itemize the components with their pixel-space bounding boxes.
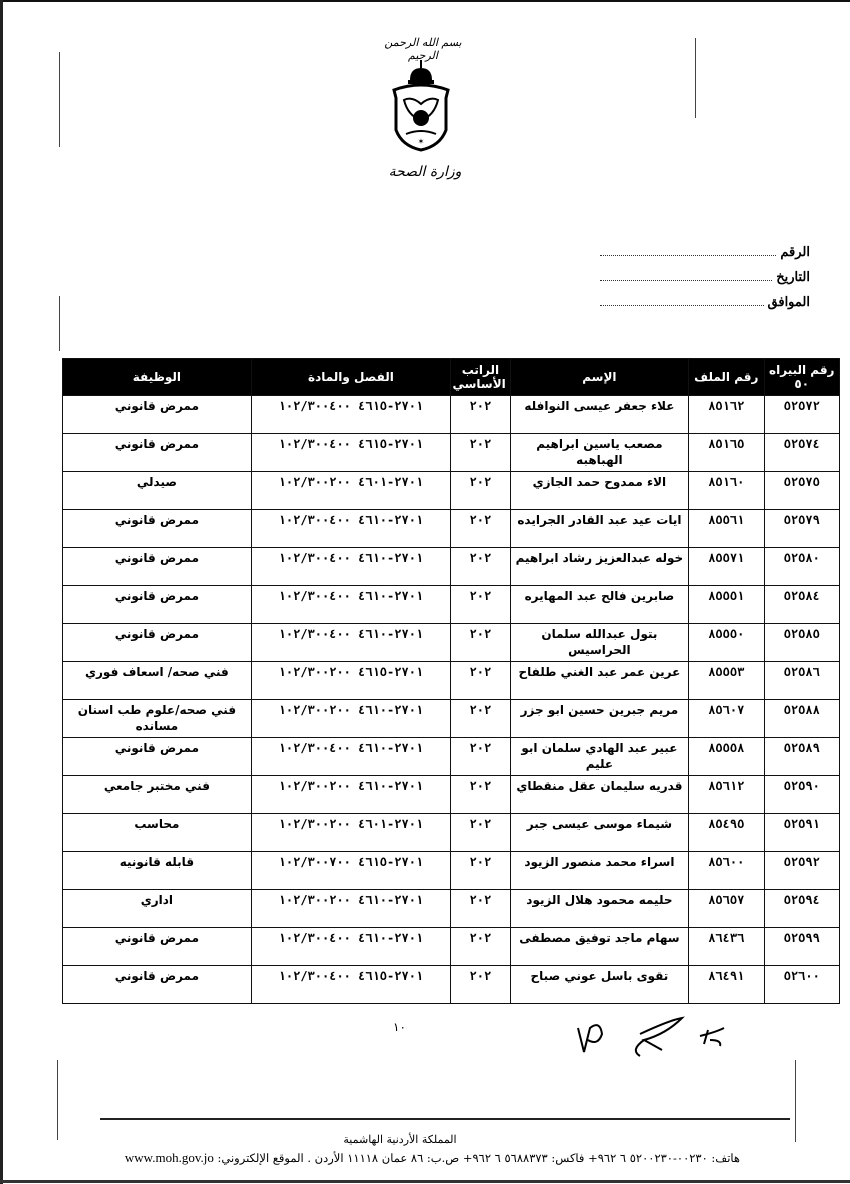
cell-file: ٨٥٥٥٠ (689, 624, 764, 662)
header-file: رقم الملف (689, 359, 764, 396)
header-chapter-item: الفصل والمادة (251, 359, 450, 396)
footer-contact: هاتف: ٠٠٢٣٠-٥٢٠٠٢٣٠ ٦ ٩٦٢+ فاكس: ٥٦٨٨٣٧٣… (140, 1150, 740, 1166)
cell-job: قابله قانونيه (63, 852, 252, 890)
cell-job: فني صحه/ اسعاف فوري (63, 662, 252, 700)
cell-job: فني مختبر جامعي (63, 776, 252, 814)
cell-name: خوله عبدالعزيز رشاد ابراهيم (510, 548, 688, 586)
cell-serial: ٥٢٥٨٩ (764, 738, 839, 776)
cell-file: ٨٥٦٠٠ (689, 852, 764, 890)
margin-line (795, 1060, 796, 1142)
staff-table: رقم البيراه ٥٠ رقم الملف الإسم الراتب ال… (62, 358, 840, 1004)
cell-serial: ٥٢٥٧٢ (764, 396, 839, 434)
cell-file: ٨٥٦١٢ (689, 776, 764, 814)
table-row: ٥٢٥٧٥٨٥١٦٠الاء ممدوح حمد الجازي٢٠٢٢٧٠١-٤… (63, 472, 840, 510)
cell-salary: ٢٠٢ (451, 662, 511, 700)
cell-name: سهام ماجد توفيق مصطفى (510, 928, 688, 966)
cell-salary: ٢٠٢ (451, 510, 511, 548)
table-row: ٥٢٥٧٩٨٥٥٦١ايات عيد عبد القادر الجرايده٢٠… (63, 510, 840, 548)
cell-job: ممرض قانوني (63, 548, 252, 586)
cell-serial: ٥٢٥٨٠ (764, 548, 839, 586)
table-row: ٥٢٥٨٩٨٥٥٥٨عبير عبد الهادي سلمان ابو عليم… (63, 738, 840, 776)
coat-of-arms-icon: ✶ (390, 58, 452, 158)
footer-website-link[interactable]: www.moh.gov.jo (125, 1150, 214, 1165)
cell-serial: ٥٢٥٩١ (764, 814, 839, 852)
reference-corresponding-label: الموافق (768, 294, 810, 310)
cell-chapter-item: ٢٧٠١-٤٦١٥ ١٠٢/٣٠٠٧٠٠ (251, 852, 450, 890)
table-row: ٥٢٥٧٤٨٥١٦٥مصعب ياسين ابراهيم الهباهبه٢٠٢… (63, 434, 840, 472)
cell-file: ٨٥٦٥٧ (689, 890, 764, 928)
cell-job: ممرض قانوني (63, 586, 252, 624)
cell-serial: ٥٢٥٩٢ (764, 852, 839, 890)
cell-file: ٨٥٥٧١ (689, 548, 764, 586)
table-row: ٥٢٦٠٠٨٦٤٩١تقوى باسل عوني صباح٢٠٢٢٧٠١-٤٦١… (63, 966, 840, 1004)
cell-file: ٨٥٥٥٨ (689, 738, 764, 776)
cell-salary: ٢٠٢ (451, 624, 511, 662)
cell-salary: ٢٠٢ (451, 890, 511, 928)
cell-serial: ٥٢٦٠٠ (764, 966, 839, 1004)
cell-salary: ٢٠٢ (451, 396, 511, 434)
table-row: ٥٢٥٩٠٨٥٦١٢قدريه سليمان عقل منقطاي٢٠٢٢٧٠١… (63, 776, 840, 814)
cell-name: عبير عبد الهادي سلمان ابو عليم (510, 738, 688, 776)
cell-chapter-item: ٢٧٠١-٤٦١٥ ١٠٢/٣٠٠٢٠٠ (251, 662, 450, 700)
cell-chapter-item: ٢٧٠١-٤٦١٠ ١٠٢/٣٠٠٢٠٠ (251, 700, 450, 738)
cell-job: فني صحه/علوم طب اسنان مسانده (63, 700, 252, 738)
cell-salary: ٢٠٢ (451, 738, 511, 776)
cell-serial: ٥٢٥٨٥ (764, 624, 839, 662)
cell-name: اسراء محمد منصور الزيود (510, 852, 688, 890)
cell-serial: ٥٢٥٧٤ (764, 434, 839, 472)
margin-line (57, 1060, 58, 1140)
scan-border-bottom (0, 1180, 850, 1183)
cell-name: الاء ممدوح حمد الجازي (510, 472, 688, 510)
cell-file: ٨٥١٦٠ (689, 472, 764, 510)
cell-salary: ٢٠٢ (451, 586, 511, 624)
margin-line (59, 52, 60, 147)
cell-chapter-item: ٢٧٠١-٤٦١٠ ١٠٢/٣٠٠٤٠٠ (251, 548, 450, 586)
reference-number-field: الرقم (600, 244, 810, 269)
cell-chapter-item: ٢٧٠١-٤٦١٠ ١٠٢/٣٠٠٤٠٠ (251, 510, 450, 548)
cell-chapter-item: ٢٧٠١-٤٦١٠ ١٠٢/٣٠٠٤٠٠ (251, 738, 450, 776)
cell-file: ٨٥٦٠٧ (689, 700, 764, 738)
reference-corresponding-field: الموافق (600, 294, 810, 319)
footer-contact-text: هاتف: ٠٠٢٣٠-٥٢٠٠٢٣٠ ٦ ٩٦٢+ فاكس: ٥٦٨٨٣٧٣… (218, 1151, 740, 1165)
cell-serial: ٥٢٥٧٩ (764, 510, 839, 548)
cell-salary: ٢٠٢ (451, 928, 511, 966)
cell-chapter-item: ٢٧٠١-٤٦١٠ ١٠٢/٣٠٠٢٠٠ (251, 776, 450, 814)
cell-name: مريم جبرين حسين ابو جزر (510, 700, 688, 738)
dotted-line (600, 295, 764, 306)
header-name: الإسم (510, 359, 688, 396)
cell-job: ممرض قانوني (63, 928, 252, 966)
cell-salary: ٢٠٢ (451, 814, 511, 852)
signatures-icon (570, 1010, 740, 1060)
cell-job: ممرض قانوني (63, 396, 252, 434)
cell-serial: ٥٢٥٨٤ (764, 586, 839, 624)
cell-chapter-item: ٢٧٠١-٤٦٠١ ١٠٢/٣٠٠٢٠٠ (251, 814, 450, 852)
cell-chapter-item: ٢٧٠١-٤٦١٠ ١٠٢/٣٠٠٤٠٠ (251, 928, 450, 966)
cell-name: علاء جعفر عيسى النوافله (510, 396, 688, 434)
cell-serial: ٥٢٥٧٥ (764, 472, 839, 510)
cell-job: ممرض قانوني (63, 966, 252, 1004)
table-row: ٥٢٥٩٤٨٥٦٥٧حليمه محمود هلال الزيود٢٠٢٢٧٠١… (63, 890, 840, 928)
cell-name: حليمه محمود هلال الزيود (510, 890, 688, 928)
scan-border-left (0, 0, 3, 1184)
cell-name: صابرين فالح عبد المهايره (510, 586, 688, 624)
dotted-line (600, 270, 772, 281)
cell-salary: ٢٠٢ (451, 852, 511, 890)
table-row: ٥٢٥٨٦٨٥٥٥٣عرين عمر عبد الغني طلفاح٢٠٢٢٧٠… (63, 662, 840, 700)
table-row: ٥٢٥٩٢٨٥٦٠٠اسراء محمد منصور الزيود٢٠٢٢٧٠١… (63, 852, 840, 890)
reference-date-field: التاريخ (600, 269, 810, 294)
cell-job: محاسب (63, 814, 252, 852)
cell-chapter-item: ٢٧٠١-٤٦١٠ ١٠٢/٣٠٠٤٠٠ (251, 624, 450, 662)
svg-text:✶: ✶ (418, 137, 425, 146)
cell-serial: ٥٢٥٨٦ (764, 662, 839, 700)
cell-serial: ٥٢٥٨٨ (764, 700, 839, 738)
scan-border-top (0, 0, 850, 2)
header-serial: رقم البيراه ٥٠ (764, 359, 839, 396)
cell-file: ٨٦٤٩١ (689, 966, 764, 1004)
cell-salary: ٢٠٢ (451, 700, 511, 738)
cell-job: ممرض قانوني (63, 624, 252, 662)
cell-name: شيماء موسى عيسى جبر (510, 814, 688, 852)
cell-chapter-item: ٢٧٠١-٤٦١٥ ١٠٢/٣٠٠٤٠٠ (251, 966, 450, 1004)
cell-job: ممرض قانوني (63, 434, 252, 472)
table-header-row: رقم البيراه ٥٠ رقم الملف الإسم الراتب ال… (63, 359, 840, 396)
cell-name: تقوى باسل عوني صباح (510, 966, 688, 1004)
page-number: ١٠ (393, 1020, 406, 1034)
table-row: ٥٢٥٧٢٨٥١٦٢علاء جعفر عيسى النوافله٢٠٢٢٧٠١… (63, 396, 840, 434)
cell-salary: ٢٠٢ (451, 548, 511, 586)
cell-serial: ٥٢٥٩٩ (764, 928, 839, 966)
cell-chapter-item: ٢٧٠١-٤٦١٠ ١٠٢/٣٠٠٢٠٠ (251, 890, 450, 928)
cell-salary: ٢٠٢ (451, 434, 511, 472)
cell-serial: ٥٢٥٩٠ (764, 776, 839, 814)
reference-number-label: الرقم (780, 244, 810, 260)
cell-name: مصعب ياسين ابراهيم الهباهبه (510, 434, 688, 472)
table-row: ٥٢٥٩١٨٥٤٩٥شيماء موسى عيسى جبر٢٠٢٢٧٠١-٤٦٠… (63, 814, 840, 852)
margin-line (59, 296, 60, 351)
cell-file: ٨٥٥٥٣ (689, 662, 764, 700)
ministry-name: وزارة الصحة (370, 164, 480, 180)
table-row: ٥٢٥٨٤٨٥٥٥١صابرين فالح عبد المهايره٢٠٢٢٧٠… (63, 586, 840, 624)
cell-file: ٨٥٤٩٥ (689, 814, 764, 852)
header-salary: الراتب الأساسي (451, 359, 511, 396)
cell-chapter-item: ٢٧٠١-٤٦٠١ ١٠٢/٣٠٠٢٠٠ (251, 472, 450, 510)
cell-name: بتول عبدالله سلمان الحراسيس (510, 624, 688, 662)
margin-line (695, 38, 696, 118)
cell-name: ايات عيد عبد القادر الجرايده (510, 510, 688, 548)
cell-chapter-item: ٢٧٠١-٤٦١٥ ١٠٢/٣٠٠٤٠٠ (251, 434, 450, 472)
cell-file: ٨٥١٦٥ (689, 434, 764, 472)
cell-file: ٨٦٤٣٦ (689, 928, 764, 966)
cell-serial: ٥٢٥٩٤ (764, 890, 839, 928)
reference-date-label: التاريخ (776, 269, 810, 285)
cell-salary: ٢٠٢ (451, 966, 511, 1004)
dotted-line (600, 245, 776, 256)
footer-divider (100, 1118, 790, 1120)
table-row: ٥٢٥٨٨٨٥٦٠٧مريم جبرين حسين ابو جزر٢٠٢٢٧٠١… (63, 700, 840, 738)
cell-job: اداري (63, 890, 252, 928)
cell-chapter-item: ٢٧٠١-٤٦١٥ ١٠٢/٣٠٠٤٠٠ (251, 396, 450, 434)
table-row: ٥٢٥٩٩٨٦٤٣٦سهام ماجد توفيق مصطفى٢٠٢٢٧٠١-٤… (63, 928, 840, 966)
cell-job: صيدلي (63, 472, 252, 510)
cell-file: ٨٥١٦٢ (689, 396, 764, 434)
footer-kingdom: المملكة الأردنية الهاشمية (300, 1133, 500, 1146)
cell-salary: ٢٠٢ (451, 472, 511, 510)
cell-name: عرين عمر عبد الغني طلفاح (510, 662, 688, 700)
header-job: الوظيفة (63, 359, 252, 396)
cell-chapter-item: ٢٧٠١-٤٦١٠ ١٠٢/٣٠٠٤٠٠ (251, 586, 450, 624)
table-row: ٥٢٥٨٥٨٥٥٥٠بتول عبدالله سلمان الحراسيس٢٠٢… (63, 624, 840, 662)
cell-job: ممرض قانوني (63, 738, 252, 776)
cell-file: ٨٥٥٥١ (689, 586, 764, 624)
table-row: ٥٢٥٨٠٨٥٥٧١خوله عبدالعزيز رشاد ابراهيم٢٠٢… (63, 548, 840, 586)
reference-fields: الرقم التاريخ الموافق (600, 244, 810, 319)
cell-file: ٨٥٥٦١ (689, 510, 764, 548)
cell-job: ممرض قانوني (63, 510, 252, 548)
cell-salary: ٢٠٢ (451, 776, 511, 814)
cell-name: قدريه سليمان عقل منقطاي (510, 776, 688, 814)
